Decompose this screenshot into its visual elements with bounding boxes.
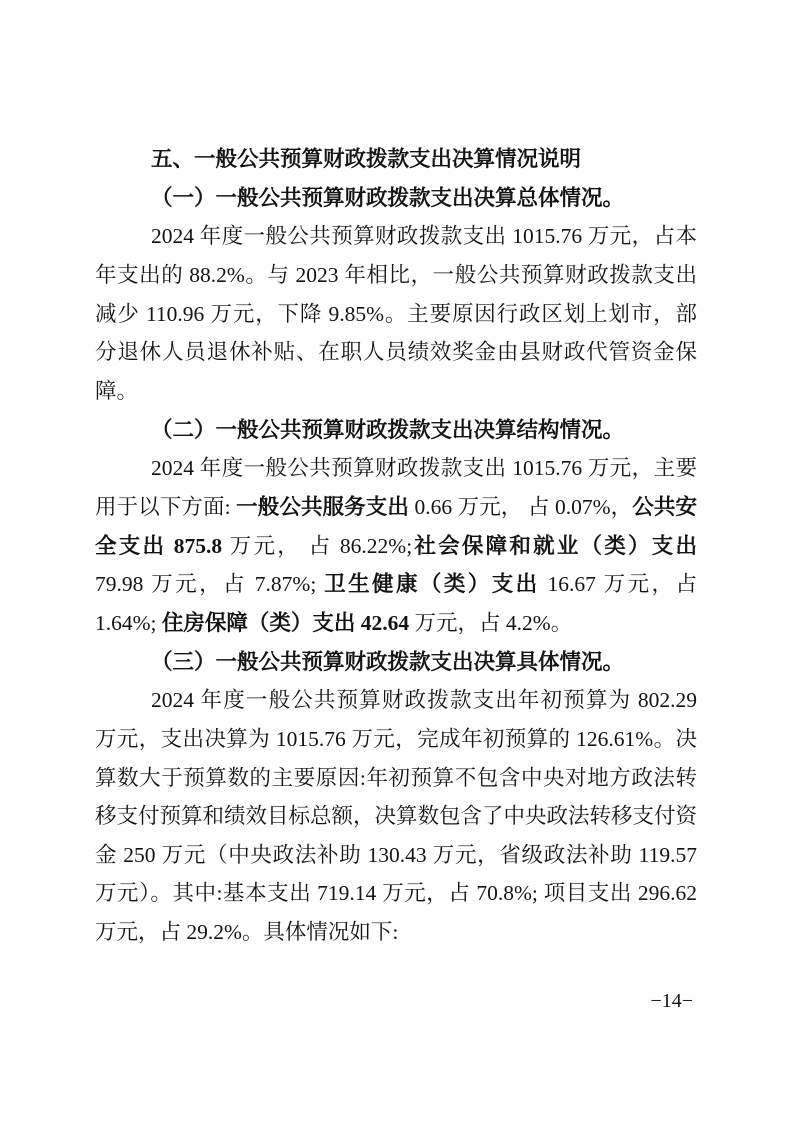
document-page: 五、一般公共预算财政拨款支出决算情况说明（一）一般公共预算财政拨款支出决算总体情… (0, 0, 793, 1122)
text-run: （三）一般公共预算财政拨款支出决算具体情况。 (151, 650, 624, 674)
paragraph-structure-situation: 2024 年度一般公共预算财政拨款支出 1015.76 万元，主要用于以下方面:… (95, 449, 697, 642)
text-run: （二）一般公共预算财政拨款支出决算结构情况。 (151, 418, 624, 442)
text-run: 2024 年度一般公共预算财政拨款支出年初预算为 802.29 万元，支出决算为… (95, 688, 697, 944)
text-run: 卫生健康（类）支出 (324, 572, 540, 596)
text-run: 五、一般公共预算财政拨款支出决算情况说明 (151, 147, 581, 171)
document-content: 五、一般公共预算财政拨款支出决算情况说明（一）一般公共预算财政拨款支出决算总体情… (95, 140, 697, 952)
text-run: 2024 年度一般公共预算财政拨款支出 1015.76 万元，占本年支出的 88… (95, 224, 697, 403)
text-run: （一）一般公共预算财政拨款支出决算总体情况。 (151, 186, 624, 210)
text-run: 一般公共服务支出 (236, 495, 409, 519)
subsection-heading-1: （一）一般公共预算财政拨款支出决算总体情况。 (95, 179, 697, 218)
text-run: 万元，占 4.2%。 (409, 611, 572, 635)
text-run: 0.66 万元， 占 0.07%， (409, 495, 632, 519)
paragraph-overall-situation: 2024 年度一般公共预算财政拨款支出 1015.76 万元，占本年支出的 88… (95, 217, 697, 410)
page-number: −14− (650, 990, 693, 1012)
section-heading-5: 五、一般公共预算财政拨款支出决算情况说明 (95, 140, 697, 179)
text-run: 社会保障和就业（类）支出 (412, 534, 697, 558)
subsection-heading-2: （二）一般公共预算财政拨款支出决算结构情况。 (95, 411, 697, 450)
text-run: 79.98 万元，占 7.87%; (95, 572, 324, 596)
paragraph-detail-situation: 2024 年度一般公共预算财政拨款支出年初预算为 802.29 万元，支出决算为… (95, 681, 697, 952)
subsection-heading-3: （三）一般公共预算财政拨款支出决算具体情况。 (95, 643, 697, 682)
text-run: 住房保障（类）支出 42.64 (162, 611, 409, 635)
text-run: 万元， 占 86.22%; (222, 534, 412, 558)
